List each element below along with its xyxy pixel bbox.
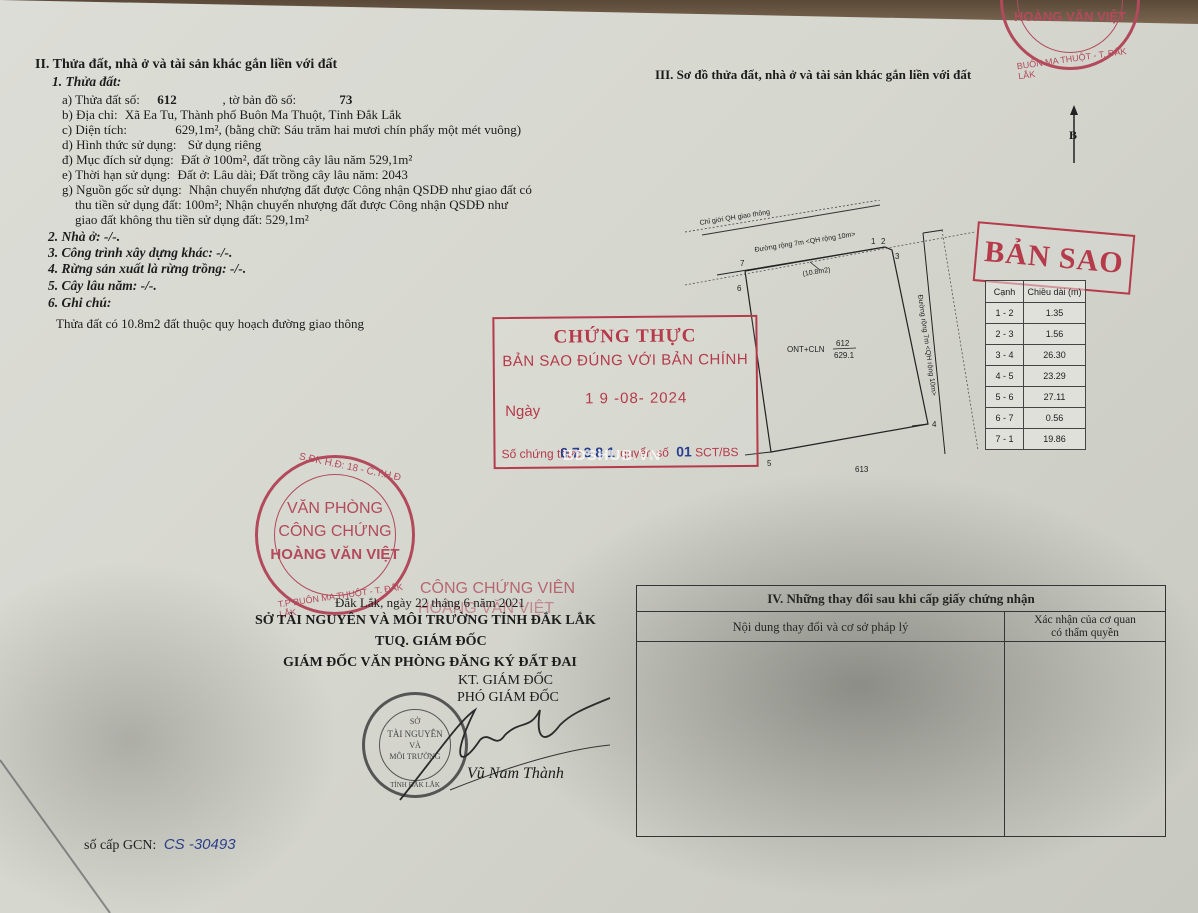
col-confirm-line-2: có thẩm quyền [1005,627,1165,640]
length-cell: 26.30 [1024,345,1086,366]
certify-subtitle: BẢN SAO ĐÚNG VỚI BẢN CHÍNH [495,351,756,370]
form-row: d) Hình thức sử dụng: Sử dụng riêng [62,137,261,153]
edge-cell: 1 - 2 [986,303,1024,324]
form-value: Sử dụng riêng [188,137,262,152]
point-2: 2 [881,237,886,246]
certify-date: 1 9 -08- 2024 [585,389,687,407]
col-content-header: Nội dung thay đổi và cơ sở pháp lý [637,612,1005,641]
notes-title: 6. Ghi chú: [48,295,111,311]
road-boundary-label: Chỉ giới QH giao thông [699,208,771,227]
planned-area-label: (10.8m2) [802,267,831,278]
address-row: b) Địa chỉ: Xã Ea Tu, Thành phố Buôn Ma … [62,107,401,123]
point-4: 4 [932,420,937,429]
parcel-number: 612 [157,92,219,108]
edge-cell: 6 - 7 [986,408,1024,429]
road-top-label: Đường rộng 7m <QH rộng 10m> [754,231,856,254]
origin-line-3: giao đất không thu tiền sử dụng đất: 529… [75,212,309,228]
length-cell: 1.56 [1024,324,1086,345]
parcel-label: a) Thửa đất số: [62,92,140,107]
edge-row: 5 - 627.11 [986,387,1086,408]
col-confirm-line-1: Xác nhận của cơ quan [1005,614,1165,627]
edge-cell: 2 - 3 [986,324,1024,345]
edge-row: 3 - 426.30 [986,345,1086,366]
paper-fold-line [0,740,140,913]
edge-length-table: Cạnh Chiều dài (m) 1 - 21.352 - 31.563 -… [985,280,1086,450]
form-label: d) Hình thức sử dụng: [62,137,176,152]
edge-cell: 3 - 4 [986,345,1024,366]
area-label: c) Diện tích: [62,122,172,138]
origin-line-2: thu tiền sử dụng đất: 100m²; Nhận chuyển… [75,197,508,213]
house-row: 2. Nhà ở: -/-. [48,229,120,245]
watermark: BDSHUB.VN [563,447,661,464]
sheet-number: 73 [339,92,352,108]
notary-line-3: HOÀNG VĂN VIỆT [258,546,412,563]
signer-name: Vũ Nam Thành [467,765,564,783]
length-header: Chiều dài (m) [1024,281,1086,303]
point-1: 1 [871,237,876,246]
changes-table: IV. Những thay đổi sau khi cấp giấy chứn… [636,585,1166,837]
length-cell: 1.35 [1024,303,1086,324]
kt-title: KT. GIÁM ĐỐC [458,673,553,689]
term-label: e) Thời hạn sử dụng: [62,167,170,182]
land-title: 1. Thửa đất: [52,74,121,90]
section-3-title: III. Sơ đồ thửa đất, nhà ở và tài sản kh… [655,67,971,83]
notes-text: Thửa đất có 10.8m2 đất thuộc quy hoạch đ… [56,316,364,332]
length-cell: 27.11 [1024,387,1086,408]
address-value: Xã Ea Tu, Thành phố Buôn Ma Thuột, Tỉnh … [125,107,402,122]
edge-row: 6 - 70.56 [986,408,1086,429]
origin-label: g) Nguồn gốc sử dụng: [62,182,182,197]
purpose-label: đ) Mục đích sử dụng: [62,152,174,167]
edge-header: Cạnh [986,281,1024,303]
origin-line-1: Nhận chuyển nhượng đất được Công nhận QS… [189,182,532,197]
parcel-area-label: 629.1 [834,351,855,360]
edge-row: 1 - 21.35 [986,303,1086,324]
origin-row: g) Nguồn gốc sử dụng: Nhận chuyển nhượng… [62,182,532,198]
notary-top-line: HOÀNG VĂN VIỆT [1003,9,1137,24]
notary-round-stamp: S.ĐK H.Đ: 18 - C.T.H.Đ VĂN PHÒNG CÔNG CH… [255,455,415,615]
edge-row: 7 - 119.86 [986,429,1086,450]
point-6: 6 [737,284,742,293]
term-row: e) Thời hạn sử dụng: Đất ở: Lâu dài; Đất… [62,167,408,183]
edge-cell: 7 - 1 [986,429,1024,450]
col-confirm-header: Xác nhận của cơ quan có thẩm quyền [1005,612,1165,641]
changes-confirm-cell [1005,642,1165,836]
other-construction-row: 3. Công trình xây dựng khác: -/-. [48,245,232,261]
length-cell: 0.56 [1024,408,1086,429]
point-7: 7 [740,259,745,268]
edge-cell: 5 - 6 [986,387,1024,408]
signature-scribble-icon [380,690,620,810]
land-type-label: ONT+CLN [787,345,825,354]
length-cell: 19.86 [1024,429,1086,450]
sheet-label: , tờ bản đồ số: [222,92,296,107]
purpose-row: đ) Mục đích sử dụng: Đất ở 100m², đất tr… [62,152,412,168]
neighbor-parcel-label: 613 [855,465,869,474]
notary-line-2: CÔNG CHỨNG [258,523,412,541]
certificate-number: CS -30493 [164,836,236,853]
certification-stamp: CHỨNG THỰC BẢN SAO ĐÚNG VỚI BẢN CHÍNH Ng… [492,315,758,469]
parcel-number-label: 612 [836,339,850,348]
certify-title: CHỨNG THỰC [494,325,755,349]
area-row: c) Diện tích: 629,1m², (bằng chữ: Sáu tr… [62,122,521,138]
section-4-title: IV. Những thay đổi sau khi cấp giấy chứn… [637,586,1165,612]
office-title: GIÁM ĐỐC VĂN PHÒNG ĐĂNG KÝ ĐẤT ĐAI [283,655,577,671]
parcel-number-row: a) Thửa đất số: 612 , tờ bản đồ số: 73 [62,92,352,108]
edge-row: 2 - 31.56 [986,324,1086,345]
place-date: Đắk Lắk, ngày 22 tháng 6 năm 2021 [335,595,525,611]
agency-name: SỞ TÀI NGUYÊN VÀ MÔI TRƯỜNG TỈNH ĐẮK LẮK [255,613,596,629]
notary-line-1: VĂN PHÒNG [258,500,412,518]
purpose-value: Đất ở 100m², đất trồng cây lâu năm 529,1… [181,152,412,167]
length-cell: 23.29 [1024,366,1086,387]
changes-content-cell [637,642,1005,836]
forest-row: 4. Rừng sản xuất là rừng trồng: -/-. [48,261,246,277]
term-value: Đất ở: Lâu dài; Đất trồng cây lâu năm: 2… [178,167,408,182]
certify-date-label: Ngày [505,403,540,420]
address-label: b) Địa chỉ: [62,107,118,122]
area-value: 629,1m², (bằng chữ: Sáu trăm hai mươi ch… [175,122,521,137]
tuq-title: TUQ. GIÁM ĐỐC [375,634,487,650]
section-2-title: II. Thửa đất, nhà ở và tài sản khác gắn … [35,57,337,73]
certify-book-suffix: SCT/BS [695,445,738,459]
certify-book: 01 [676,443,692,459]
edge-row: 4 - 523.29 [986,366,1086,387]
perennial-row: 5. Cây lâu năm: -/-. [48,278,157,294]
edge-cell: 4 - 5 [986,366,1024,387]
point-3: 3 [895,252,900,261]
point-5: 5 [767,459,772,468]
north-label: B [1069,128,1077,143]
